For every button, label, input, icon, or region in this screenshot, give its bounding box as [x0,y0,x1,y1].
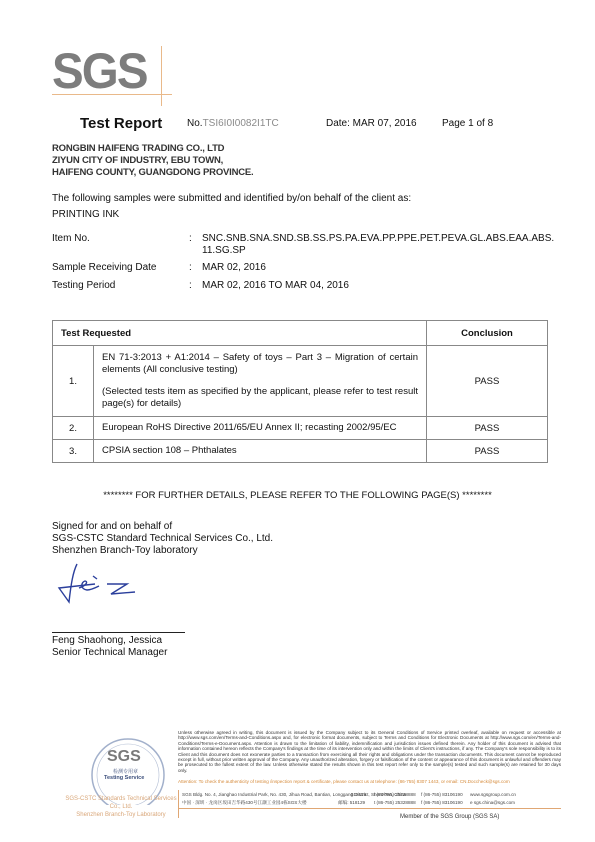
stamp-logo: SGS [107,748,141,766]
table-header-row: Test Requested Conclusion [53,321,548,346]
logo-underline [52,94,172,95]
info-row-testing-period: Testing Period : MAR 02, 2016 TO MAR 04,… [52,280,562,292]
info-label: Sample Receiving Date [52,262,192,274]
header-test-requested: Test Requested [53,321,427,346]
signed-company: SGS-CSTC Standard Technical Services Co.… [52,533,273,545]
signed-line: Signed for and on behalf of [52,521,273,533]
client-address-line: HAIFENG COUNTY, GUANGDONG PROVINCE. [52,167,254,179]
stamp-service-label: Testing Service [104,775,144,781]
signer-name: Feng Shaohong, Jessica [52,635,167,647]
row-test: European RoHS Directive 2011/65/EU Annex… [94,417,427,440]
client-name: RONGBIN HAIFENG TRADING CO., LTD [52,143,254,155]
contact-web-link[interactable]: www.sgsgroup.com.cn [470,792,516,797]
table-row: 3. CPSIA section 108 – Phthalates PASS [53,440,548,463]
contact-fax: f (86-755) 83106190 [421,792,463,797]
logo-divider [161,46,162,106]
sgs-logo: SGS [52,46,147,96]
member-of-sgs-group: Member of the SGS Group (SGS SA) [400,814,499,820]
info-value: SNC.SNB.SNA.SND.SB.SS.PS.PA.EVA.PP.PPE.P… [202,233,557,257]
terms-fine-print: Unless otherwise agreed in writing, this… [178,730,561,773]
info-row-receiving-date: Sample Receiving Date : MAR 02, 2016 [52,262,562,274]
table-row: 1. EN 71-3:2013 + A1:2014 – Safety of to… [53,346,548,417]
signed-on-behalf: Signed for and on behalf of SGS-CSTC Sta… [52,521,273,557]
stamp-text: SGS-CSTC Standards Technical Services Co… [62,795,180,819]
report-number-value: TSI6I0I0082I1TC [203,118,279,129]
row-index: 2. [53,417,94,440]
contact-address: 中国 · 深圳 · 龙岗区坂田吉华路430号江灏工业园4栋SGS大楼 [182,800,307,806]
contact-cn: 中国 · 深圳 · 龙岗区坂田吉华路430号江灏工业园4栋SGS大楼 邮编: 5… [178,800,561,807]
contact-postcode: 邮编: 518129 [338,800,365,806]
contact-postcode: 518129 [351,792,366,797]
report-date: Date: MAR 07, 2016 [326,118,417,129]
row-conclusion: PASS [427,346,548,417]
report-number-label: No. [187,118,203,129]
row-test: CPSIA section 108 – Phthalates [94,440,427,463]
info-row-item-no: Item No. : SNC.SNB.SNA.SND.SB.SS.PS.PA.E… [52,233,562,259]
contact-address: SGS Bldg. No. 4, Jianghao Industrial Par… [182,792,406,797]
info-label: Testing Period [52,280,192,292]
footer-divider-vertical [178,790,179,818]
info-colon: : [189,280,192,292]
test-description: EN 71-3:2013 + A1:2014 – Safety of toys … [102,352,418,376]
info-label: Item No. [52,233,192,245]
product-name: PRINTING INK [52,209,119,220]
row-conclusion: PASS [427,440,548,463]
signer: Feng Shaohong, Jessica Senior Technical … [52,635,167,659]
info-value: MAR 02, 2016 [202,262,557,274]
header-conclusion: Conclusion [427,321,548,346]
client-address-line: ZIYUN CITY OF INDUSTRY, EBU TOWN, [52,155,254,167]
page-indicator: Page 1 of 8 [442,118,493,129]
info-value: MAR 02, 2016 TO MAR 04, 2016 [202,280,557,292]
contact-tel: t (86-755) 25328888 [374,792,416,797]
footer-divider [178,808,561,809]
further-details-note: ******** FOR FURTHER DETAILS, PLEASE REF… [0,490,595,501]
contact-fax: f (86-755) 83106190 [421,800,463,805]
intro-text: The following samples were submitted and… [52,193,411,204]
authenticity-attention: Attention: To check the authenticity of … [178,779,561,784]
row-conclusion: PASS [427,417,548,440]
client-address: RONGBIN HAIFENG TRADING CO., LTD ZIYUN C… [52,143,254,179]
signature-image [55,562,155,612]
test-note: (Selected tests item as specified by the… [102,386,418,410]
info-colon: : [189,233,192,245]
stamp-line: SGS-CSTC Standards Technical Services Co… [62,795,180,811]
signature-line [52,632,185,633]
stamp-line: Shenzhen Branch-Toy Laboratory [62,811,180,819]
row-index: 1. [53,346,94,417]
signed-branch: Shenzhen Branch-Toy laboratory [52,545,273,557]
contact-en: SGS Bldg. No. 4, Jianghao Industrial Par… [178,792,561,799]
contact-tel: t (86-755) 25328888 [374,800,416,805]
row-test: EN 71-3:2013 + A1:2014 – Safety of toys … [94,346,427,417]
info-colon: : [189,262,192,274]
row-index: 3. [53,440,94,463]
table-row: 2. European RoHS Directive 2011/65/EU An… [53,417,548,440]
report-title: Test Report [80,115,162,132]
report-number: No.TSI6I0I0082I1TC [187,118,279,129]
test-results-table: Test Requested Conclusion 1. EN 71-3:201… [52,320,548,463]
signer-title: Senior Technical Manager [52,647,167,659]
stamp-cn-label: 检测专用章 [113,768,138,775]
contact-email-link[interactable]: e sgs.china@sgs.com [470,800,515,805]
